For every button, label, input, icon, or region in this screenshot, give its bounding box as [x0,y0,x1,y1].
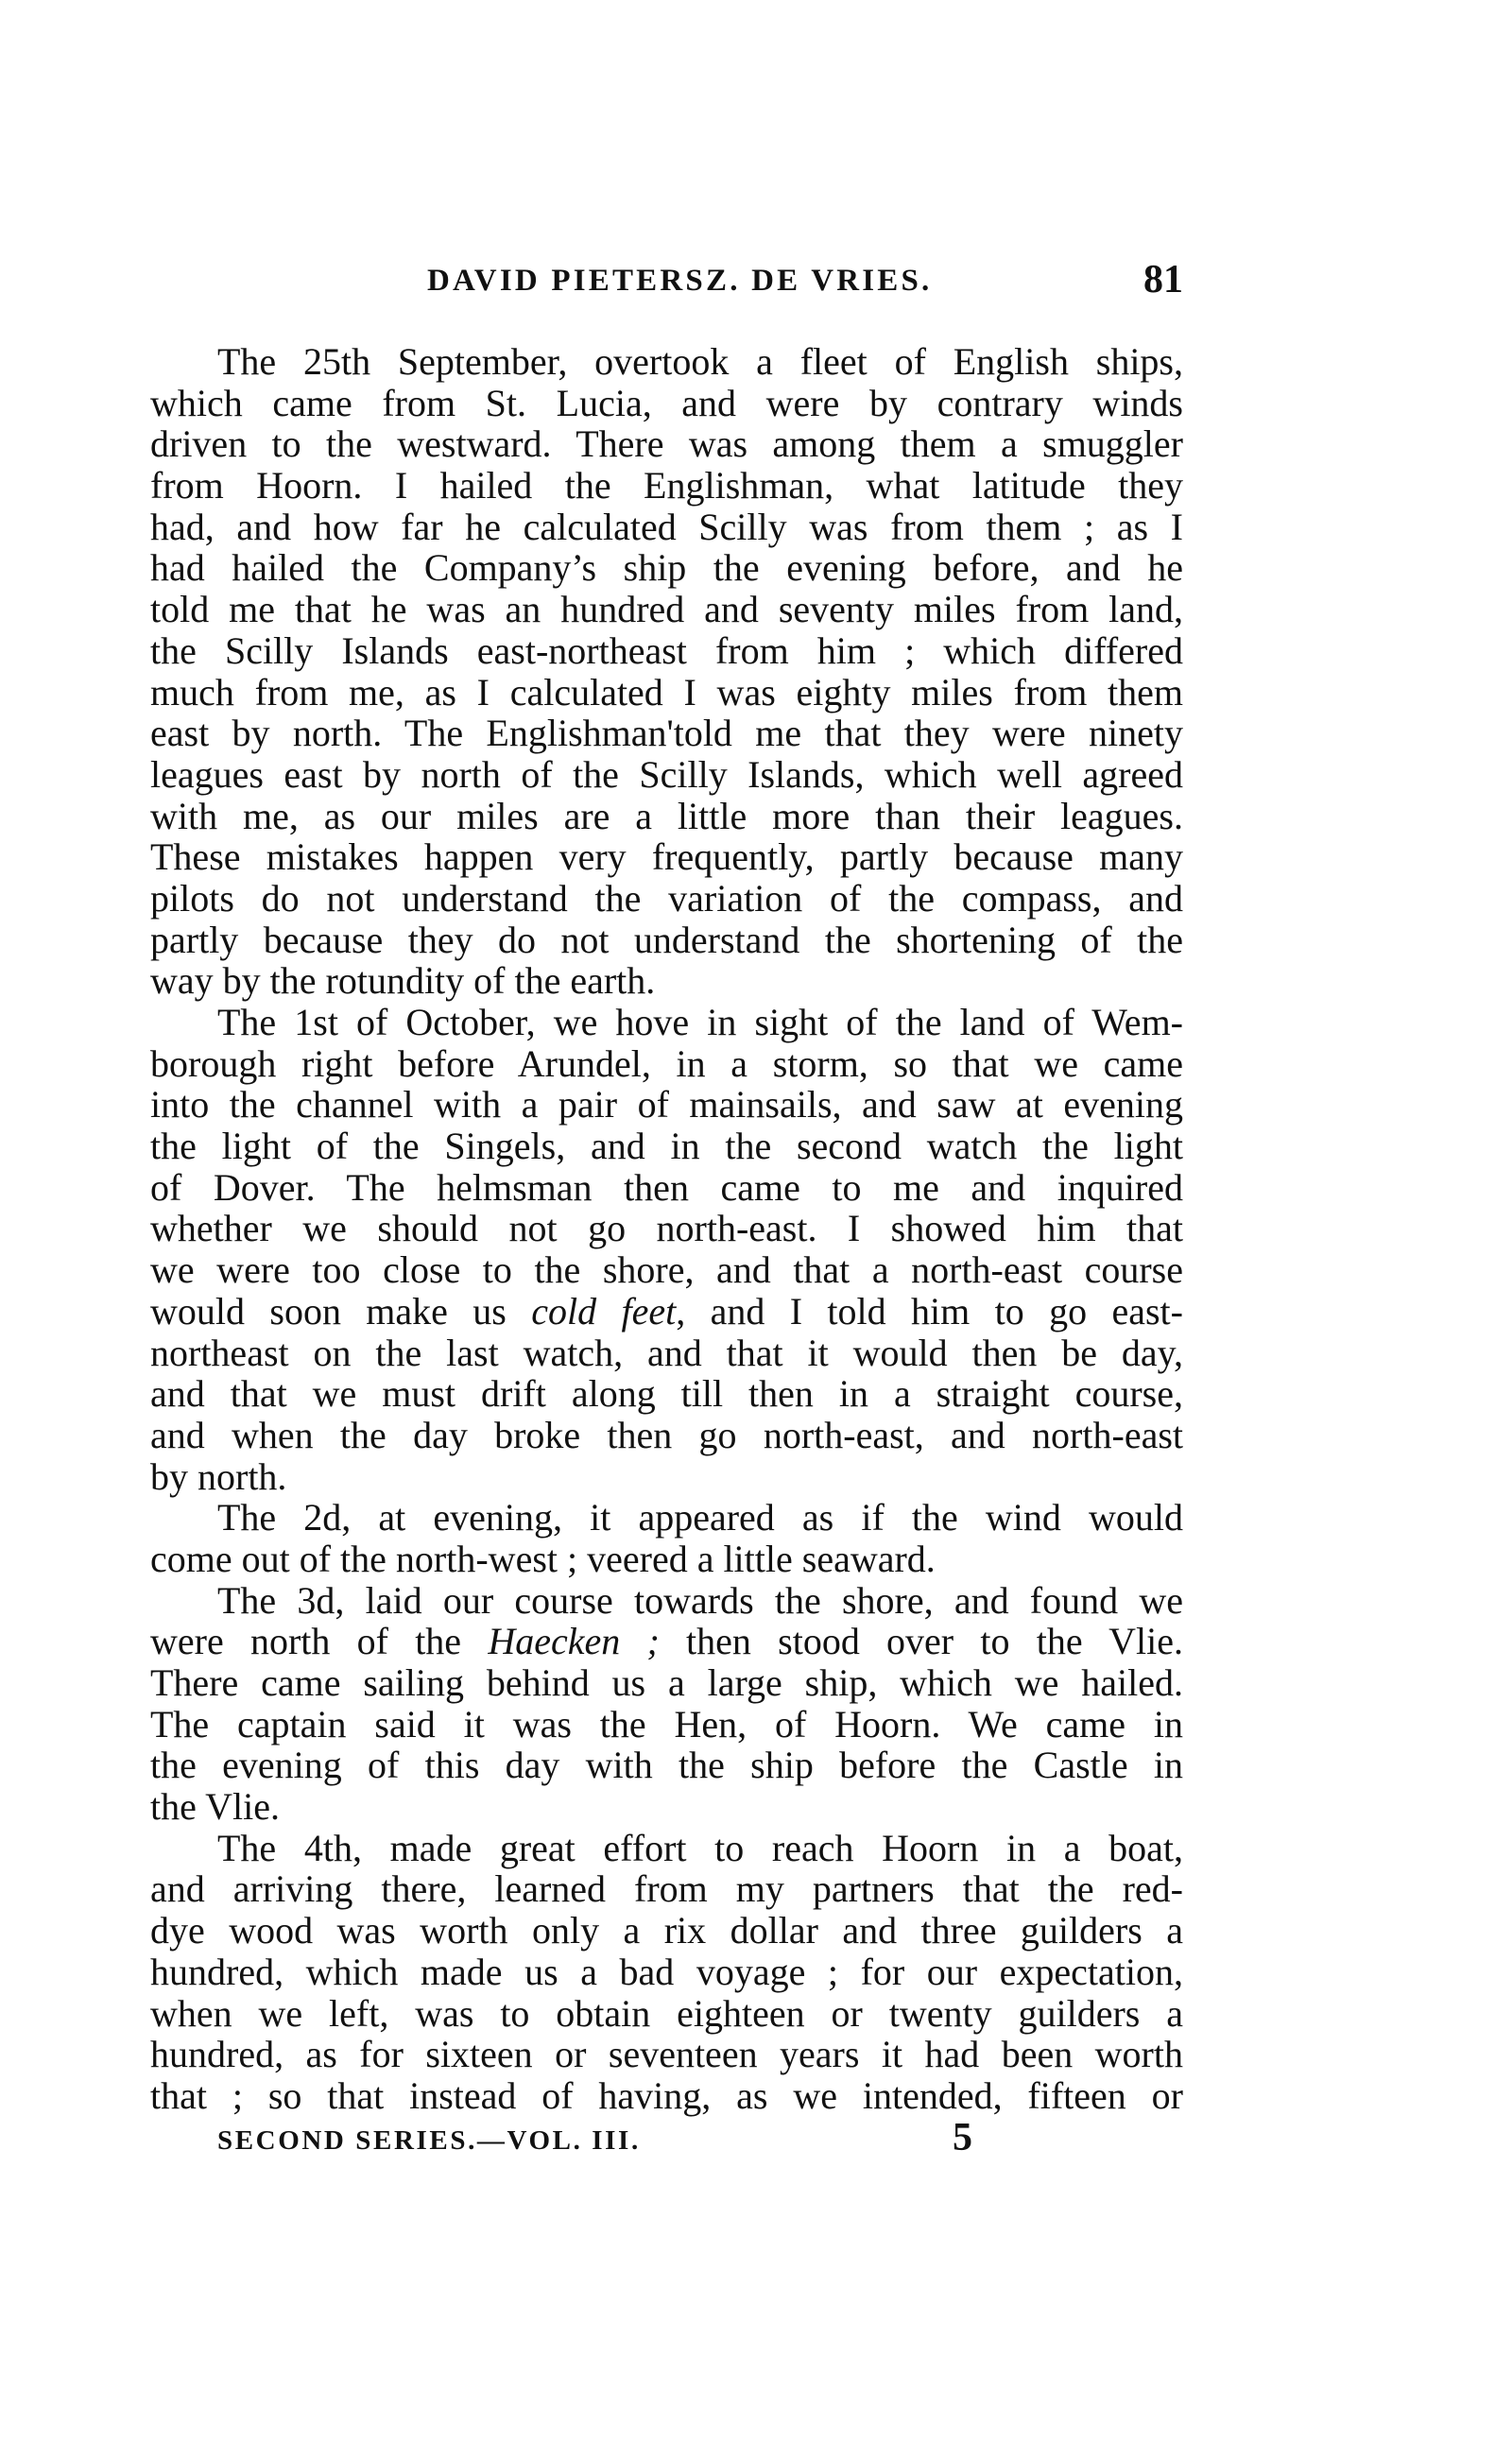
text-line: leagues east by north of the Scilly Isla… [150,754,1183,796]
text-line: the light of the Singels, and in the sec… [150,1126,1183,1167]
footer-signature-line: SECOND SERIES.—VOL. III. [217,2124,671,2157]
text-line: borough right before Arundel, in a storm… [150,1043,1183,1085]
text-line: The 25th September, overtook a fleet of … [150,341,1183,383]
footer-signature-mark: 5 [953,2115,990,2160]
text-segment: were north of the [150,1620,488,1662]
text-line: whether we should not go north-east. I s… [150,1208,1183,1249]
body-text: The 25th September, overtook a fleet of … [150,341,1183,2117]
text-line: of Dover. The helmsman then came to me a… [150,1167,1183,1209]
text-line: pilots do not understand the variation o… [150,878,1183,920]
text-line: and when the day broke then go north-eas… [150,1415,1183,1456]
text-line: when we left, was to obtain eighteen or … [150,1993,1183,2035]
text-line: There came sailing behind us a large shi… [150,1662,1183,1704]
text-line: way by the rotundity of the earth. [150,960,1183,1002]
text-line: The 2d, at evening, it appeared as if th… [150,1497,1183,1539]
text-line: we were too close to the shore, and that… [150,1249,1183,1291]
text-line: The 4th, made great effort to reach Hoor… [150,1828,1183,1869]
text-line: dye wood was worth only a rix dollar and… [150,1910,1183,1952]
text-line: were north of the Haecken ; then stood o… [150,1621,1183,1662]
text-line: which came from St. Lucia, and were by c… [150,383,1183,424]
text-line: by north. [150,1456,1183,1498]
text-line: hundred, as for sixteen or seventeen yea… [150,2034,1183,2075]
text-line: come out of the north-west ; veered a li… [150,1539,1183,1580]
text-line: The 1st of October, we hove in sight of … [150,1002,1183,1043]
book-page: DAVID PIETERSZ. DE VRIES. 81 The 25th Se… [0,0,1512,2442]
text-line: the evening of this day with the ship be… [150,1745,1183,1786]
text-line: hundred, which made us a bad voyage ; fo… [150,1952,1183,1993]
text-segment: then stood over to the Vlie. [660,1620,1183,1662]
italic-term: cold feet [531,1290,676,1333]
text-line: would soon make us cold feet, and I told… [150,1291,1183,1333]
text-line: that ; so that instead of having, as we … [150,2075,1183,2117]
text-line: These mistakes happen very frequently, p… [150,836,1183,878]
text-line: told me that he was an hundred and seven… [150,589,1183,630]
text-line: the Vlie. [150,1786,1183,1828]
text-line: and arriving there, learned from my part… [150,1868,1183,1910]
text-line: from Hoorn. I hailed the Englishman, wha… [150,465,1183,507]
text-line: and that we must drift along till then i… [150,1373,1183,1415]
italic-term: Haecken ; [488,1620,659,1662]
text-segment: would soon make us [150,1290,531,1333]
text-line: had, and how far he calculated Scilly wa… [150,507,1183,548]
text-line: into the channel with a pair of mainsail… [150,1084,1183,1126]
text-line: northeast on the last watch, and that it… [150,1333,1183,1374]
text-segment: , and I told him to go east- [676,1290,1183,1333]
text-line: partly because they do not understand th… [150,920,1183,961]
text-line: with me, as our miles are a little more … [150,796,1183,837]
text-line: east by north. The Englishman'told me th… [150,713,1183,754]
text-line: much from me, as I calculated I was eigh… [150,672,1183,714]
running-head-title: DAVID PIETERSZ. DE VRIES. [427,262,909,300]
text-line: had hailed the Company’s ship the evenin… [150,547,1183,589]
text-line: The 3d, laid our course towards the shor… [150,1580,1183,1622]
page-number: 81 [1087,257,1183,302]
text-line: The captain said it was the Hen, of Hoor… [150,1704,1183,1746]
text-line: the Scilly Islands east-northeast from h… [150,630,1183,672]
text-line: driven to the westward. There was among … [150,423,1183,465]
